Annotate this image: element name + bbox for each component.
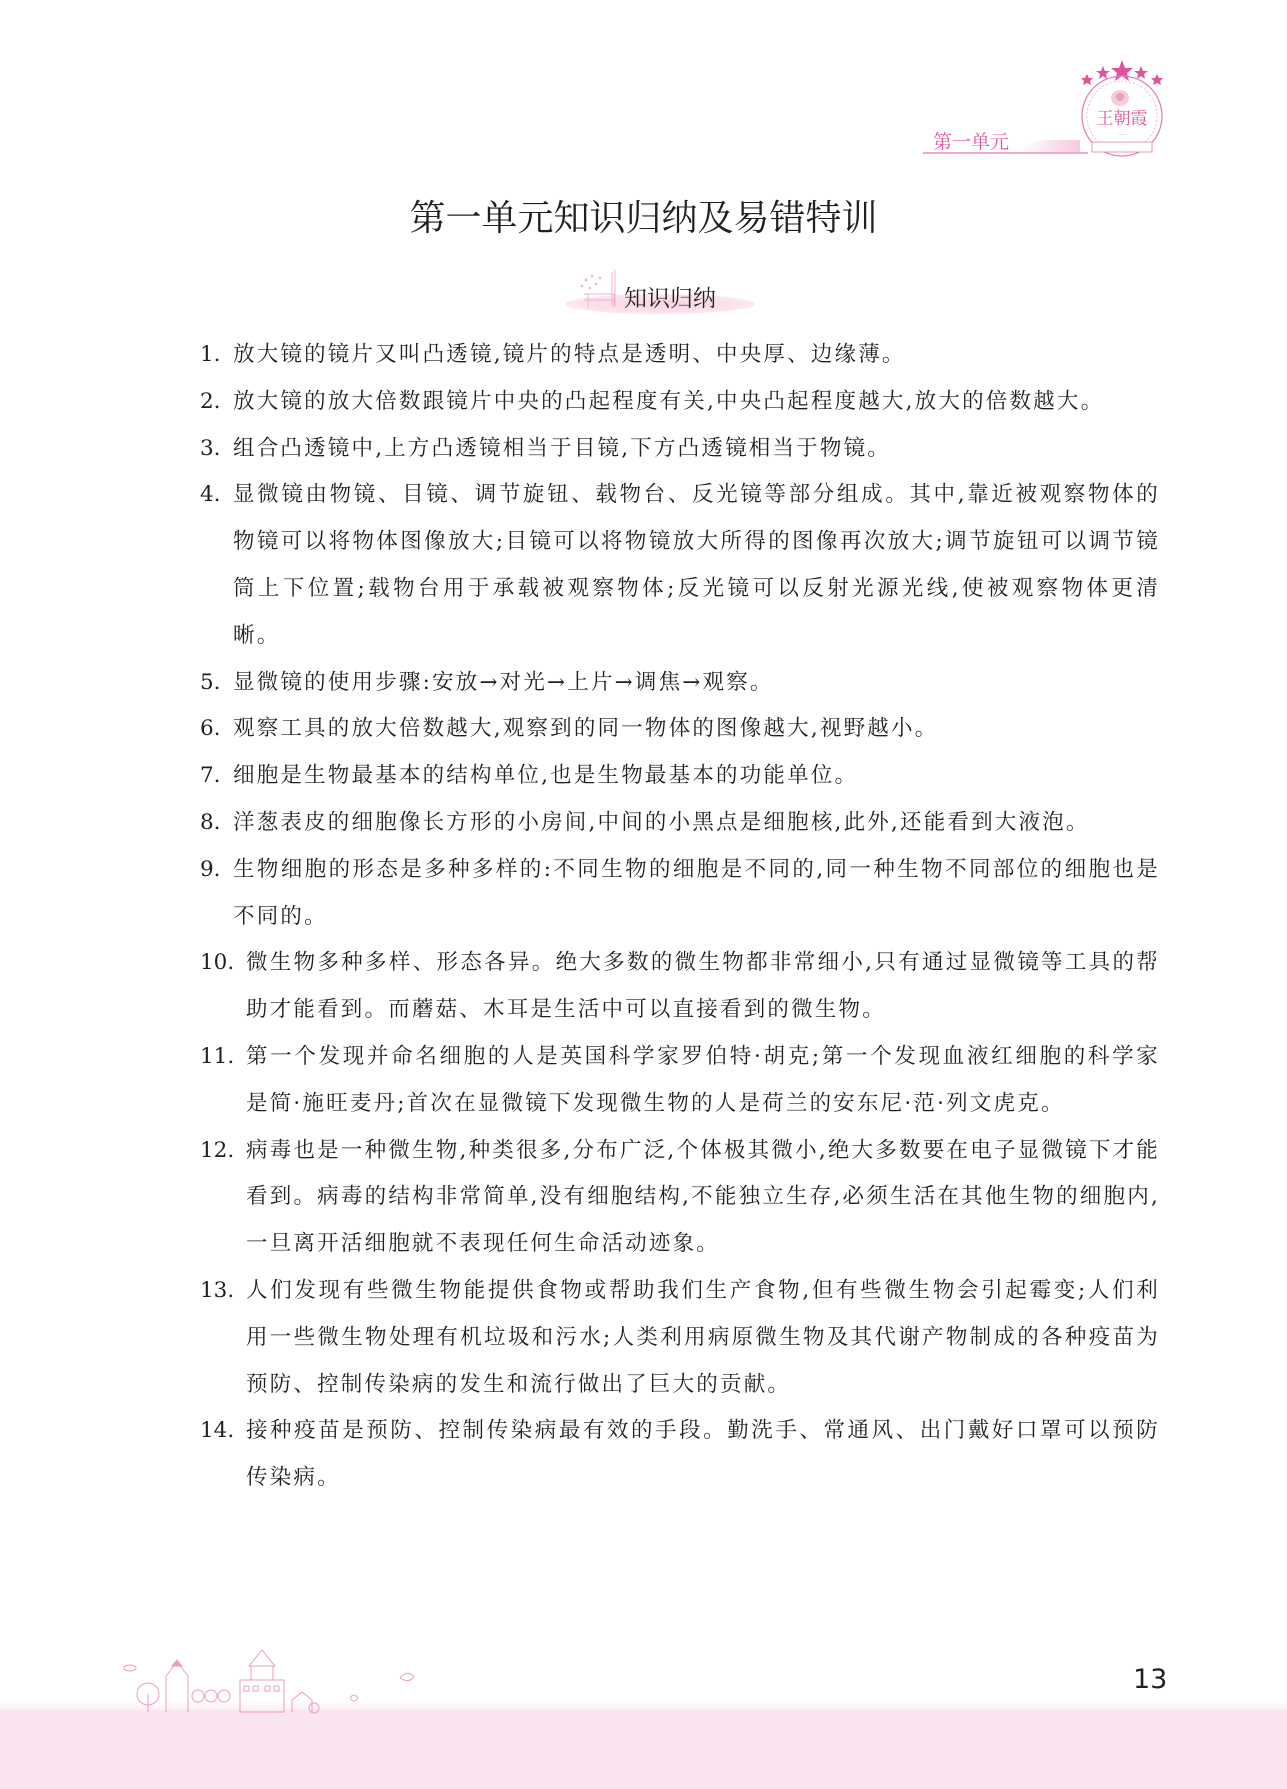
item-text: 洋葱表皮的细胞像长方形的小房间,中间的小黑点是细胞核,此外,还能看到大液泡。 bbox=[233, 800, 1160, 847]
list-item: 1.放大镜的镜片又叫凸透镜,镜片的特点是透明、中央厚、边缘薄。 bbox=[200, 332, 1160, 379]
list-item: 2.放大镜的放大倍数跟镜片中央的凸起程度有关,中央凸起程度越大,放大的倍数越大。 bbox=[200, 379, 1160, 426]
item-number: 7. bbox=[200, 753, 233, 800]
list-item: 13.人们发现有些微生物能提供食物或帮助我们生产食物,但有些微生物会引起霉变;人… bbox=[200, 1268, 1160, 1408]
unit-label: 第一单元 bbox=[933, 127, 1009, 154]
list-item: 8.洋葱表皮的细胞像长方形的小房间,中间的小黑点是细胞核,此外,还能看到大液泡。 bbox=[200, 800, 1160, 847]
page-number: 13 bbox=[1133, 1664, 1167, 1695]
item-text: 放大镜的放大倍数跟镜片中央的凸起程度有关,中央凸起程度越大,放大的倍数越大。 bbox=[233, 379, 1160, 426]
section-heading-text: 知识归纳 bbox=[624, 280, 716, 313]
item-number: 2. bbox=[200, 379, 233, 426]
town-illustration-icon bbox=[120, 1650, 440, 1714]
list-item: 5.显微镜的使用步骤:安放→对光→上片→调焦→观察。 bbox=[200, 660, 1160, 707]
list-item: 12.病毒也是一种微生物,种类很多,分布广泛,个体极其微小,绝大多数要在电子显微… bbox=[200, 1128, 1160, 1268]
item-number: 1. bbox=[200, 332, 233, 379]
item-number: 13. bbox=[200, 1268, 246, 1408]
item-text: 组合凸透镜中,上方凸透镜相当于目镜,下方凸透镜相当于物镜。 bbox=[233, 426, 1160, 473]
item-text: 显微镜由物镜、目镜、调节旋钮、载物台、反光镜等部分组成。其中,靠近被观察物体的物… bbox=[233, 472, 1160, 659]
knowledge-list: 1.放大镜的镜片又叫凸透镜,镜片的特点是透明、中央厚、边缘薄。 2.放大镜的放大… bbox=[200, 332, 1160, 1502]
item-number: 12. bbox=[200, 1128, 246, 1268]
item-number: 3. bbox=[200, 426, 233, 473]
logo-text: 王朝霞 bbox=[1097, 109, 1148, 129]
list-item: 4.显微镜由物镜、目镜、调节旋钮、载物台、反光镜等部分组成。其中,靠近被观察物体… bbox=[200, 472, 1160, 659]
item-text: 接种疫苗是预防、控制传染病最有效的手段。勤洗手、常通风、出门戴好口罩可以预防传染… bbox=[246, 1408, 1160, 1502]
item-text: 细胞是生物最基本的结构单位,也是生物最基本的功能单位。 bbox=[233, 753, 1160, 800]
item-number: 11. bbox=[200, 1034, 246, 1128]
page-title: 第一单元知识归纳及易错特训 bbox=[0, 190, 1287, 241]
section-heading: 知识归纳 bbox=[560, 268, 760, 320]
item-text: 人们发现有些微生物能提供食物或帮助我们生产食物,但有些微生物会引起霉变;人们利用… bbox=[246, 1268, 1160, 1408]
item-number: 4. bbox=[200, 472, 233, 659]
item-number: 8. bbox=[200, 800, 233, 847]
footer-band bbox=[0, 1710, 1287, 1789]
header-divider bbox=[923, 152, 1088, 154]
item-number: 6. bbox=[200, 706, 233, 753]
list-item: 7.细胞是生物最基本的结构单位,也是生物最基本的功能单位。 bbox=[200, 753, 1160, 800]
item-text: 观察工具的放大倍数越大,观察到的同一物体的图像越大,视野越小。 bbox=[233, 706, 1160, 753]
item-number: 9. bbox=[200, 847, 233, 941]
list-item: 6.观察工具的放大倍数越大,观察到的同一物体的图像越大,视野越小。 bbox=[200, 706, 1160, 753]
item-text: 生物细胞的形态是多种多样的:不同生物的细胞是不同的,同一种生物不同部位的细胞也是… bbox=[233, 847, 1160, 941]
brand-badge-icon: 王朝霞 ····· bbox=[1072, 58, 1172, 158]
svg-text:·····: ····· bbox=[1118, 132, 1126, 138]
item-text: 微生物多种多样、形态各异。绝大多数的微生物都非常细小,只有通过显微镜等工具的帮助… bbox=[246, 940, 1160, 1034]
item-number: 10. bbox=[200, 940, 246, 1034]
item-text: 放大镜的镜片又叫凸透镜,镜片的特点是透明、中央厚、边缘薄。 bbox=[233, 332, 1160, 379]
header-swoosh bbox=[1020, 140, 1080, 152]
list-item: 9.生物细胞的形态是多种多样的:不同生物的细胞是不同的,同一种生物不同部位的细胞… bbox=[200, 847, 1160, 941]
list-item: 3.组合凸透镜中,上方凸透镜相当于目镜,下方凸透镜相当于物镜。 bbox=[200, 426, 1160, 473]
item-text: 病毒也是一种微生物,种类很多,分布广泛,个体极其微小,绝大多数要在电子显微镜下才… bbox=[246, 1128, 1160, 1268]
item-text: 第一个发现并命名细胞的人是英国科学家罗伯特·胡克;第一个发现血液红细胞的科学家是… bbox=[246, 1034, 1160, 1128]
list-item: 14.接种疫苗是预防、控制传染病最有效的手段。勤洗手、常通风、出门戴好口罩可以预… bbox=[200, 1408, 1160, 1502]
item-text: 显微镜的使用步骤:安放→对光→上片→调焦→观察。 bbox=[233, 660, 1160, 707]
chair-illustration-icon bbox=[574, 270, 624, 312]
item-number: 14. bbox=[200, 1408, 246, 1502]
list-item: 11.第一个发现并命名细胞的人是英国科学家罗伯特·胡克;第一个发现血液红细胞的科… bbox=[200, 1034, 1160, 1128]
item-number: 5. bbox=[200, 660, 233, 707]
list-item: 10.微生物多种多样、形态各异。绝大多数的微生物都非常细小,只有通过显微镜等工具… bbox=[200, 940, 1160, 1034]
